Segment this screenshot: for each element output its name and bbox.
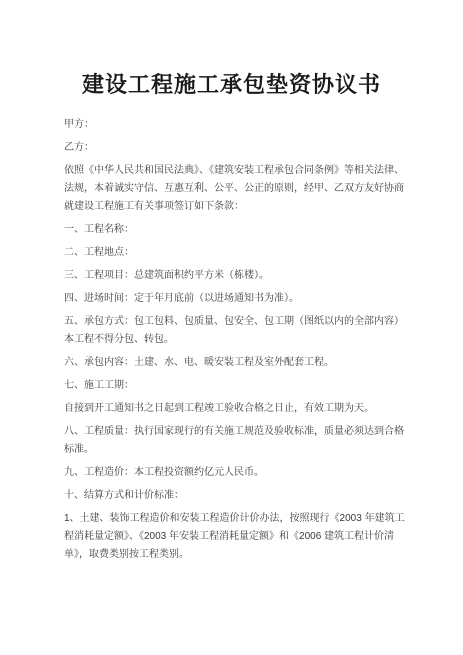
document-title: 建设工程施工承包垫资协议书 [0,70,463,100]
text-line: 单》，取费类别按工程类别。 [64,546,423,564]
document-page: 建设工程施工承包垫资协议书 甲方：乙方：依照《中华人民共和国民法典》、《建筑安装… [0,0,463,655]
text-line: 本工程不得分包、转包。 [64,331,423,349]
paragraph: 七、施工工期： [64,377,423,395]
text-line: 程消耗量定额》、《2003 年安装工程消耗量定额》和《2006 建筑工程计价清 [64,528,423,546]
document-body: 甲方：乙方：依照《中华人民共和国民法典》、《建筑安装工程承包合同条例》等相关法律… [64,116,423,564]
text-line: 自接到开工通知书之日起到工程竣工验收合格之日止，有效工期为天。 [64,400,423,418]
text-line: 九、工程造价：本工程投资额约亿元人民币。 [64,464,423,482]
paragraph: 一、工程名称： [64,221,423,239]
paragraph: 十、结算方式和计价标准： [64,487,423,505]
text-line: 一、工程名称： [64,221,423,239]
text-line: 三、工程项目：总建筑面积约平方米（栋楼）。 [64,267,423,285]
text-line: 七、施工工期： [64,377,423,395]
paragraph: 1、土建、装饰工程造价和安装工程造价计价办法，按照现行《2003 年建筑工程消耗… [64,510,423,564]
text-line: 五、承包方式：包工包料、包质量、包安全、包工期（图纸以内的全部内容） [64,313,423,331]
text-line: 法规，本着诚实守信、互惠互利、公平、公正的原则，经甲、乙双方友好协商 [64,180,423,198]
paragraph: 五、承包方式：包工包料、包质量、包安全、包工期（图纸以内的全部内容）本工程不得分… [64,313,423,349]
text-line: 八、工程质量：执行国家现行的有关施工规范及验收标准，质量必须达到合格 [64,423,423,441]
paragraph: 依照《中华人民共和国民法典》、《建筑安装工程承包合同条例》等相关法律、法规，本着… [64,162,423,216]
text-line: 标准。 [64,441,423,459]
paragraph: 自接到开工通知书之日起到工程竣工验收合格之日止，有效工期为天。 [64,400,423,418]
paragraph: 四、进场时间：定于年月底前（以进场通知书为准）。 [64,290,423,308]
text-line: 六、承包内容：土建、水、电、暖安装工程及室外配套工程。 [64,354,423,372]
paragraph: 甲方： [64,116,423,134]
paragraph: 二、工程地点： [64,244,423,262]
paragraph: 六、承包内容：土建、水、电、暖安装工程及室外配套工程。 [64,354,423,372]
text-line: 十、结算方式和计价标准： [64,487,423,505]
paragraph: 乙方： [64,139,423,157]
paragraph: 九、工程造价：本工程投资额约亿元人民币。 [64,464,423,482]
text-line: 1、土建、装饰工程造价和安装工程造价计价办法，按照现行《2003 年建筑工 [64,510,423,528]
paragraph: 八、工程质量：执行国家现行的有关施工规范及验收标准，质量必须达到合格标准。 [64,423,423,459]
text-line: 甲方： [64,116,423,134]
text-line: 二、工程地点： [64,244,423,262]
paragraph: 三、工程项目：总建筑面积约平方米（栋楼）。 [64,267,423,285]
text-line: 依照《中华人民共和国民法典》、《建筑安装工程承包合同条例》等相关法律、 [64,162,423,180]
text-line: 四、进场时间：定于年月底前（以进场通知书为准）。 [64,290,423,308]
text-line: 乙方： [64,139,423,157]
text-line: 就建设工程施工有关事项签订如下条款： [64,198,423,216]
